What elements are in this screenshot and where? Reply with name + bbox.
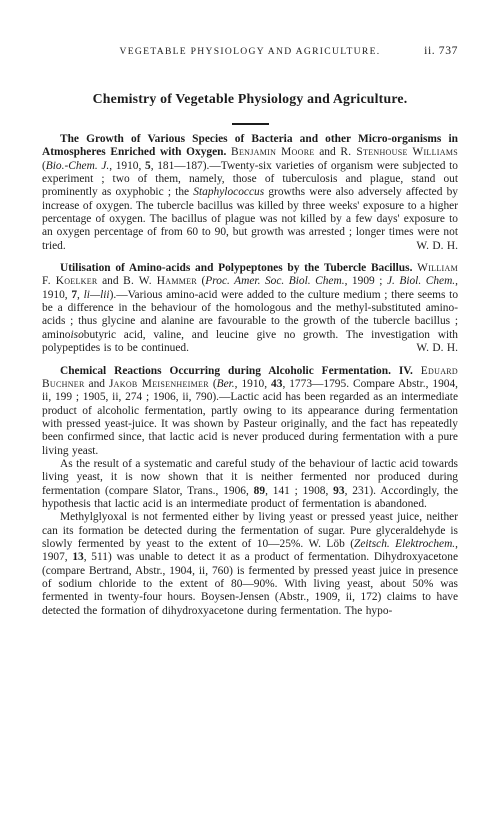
paragraph-text: Chemical Reactions Occurring during Alco… bbox=[42, 365, 458, 457]
paragraph-text: Methylglyoxal is not fermented either by… bbox=[42, 511, 458, 616]
paragraph: Chemical Reactions Occurring during Alco… bbox=[42, 365, 458, 458]
text-run: , 1909 ; bbox=[345, 275, 387, 287]
article-amino-acids-tubercle: Utilisation of Amino-acids and Polypepto… bbox=[42, 262, 458, 355]
text-run: Jakob Meisenheimer bbox=[109, 378, 209, 390]
author-initials: W. D. H. bbox=[398, 342, 458, 355]
paragraph-text: The Growth of Various Species of Bacteri… bbox=[42, 133, 458, 252]
text-run: 89 bbox=[254, 485, 265, 497]
text-run: iso bbox=[70, 329, 83, 341]
title-rule bbox=[232, 123, 269, 125]
paragraph: Utilisation of Amino-acids and Polypepto… bbox=[42, 262, 458, 355]
text-run: Benjamin Moore bbox=[231, 146, 315, 158]
paragraph: As the result of a systematic and carefu… bbox=[42, 458, 458, 511]
text-run: , 1910, bbox=[109, 160, 145, 172]
text-run: , 141 ; 1908, bbox=[265, 485, 333, 497]
text-run: li—lii bbox=[84, 289, 110, 301]
running-header: VEGETABLE PHYSIOLOGY AND AGRICULTURE. ii… bbox=[42, 46, 458, 60]
paragraph: The Growth of Various Species of Bacteri… bbox=[42, 133, 458, 253]
text-run: 13 bbox=[72, 551, 83, 563]
text-run: Zeitsch. Elektrochem. bbox=[354, 538, 455, 550]
text-run: J. Biol. Chem. bbox=[387, 275, 455, 287]
text-run: ( bbox=[209, 378, 217, 390]
document-page: VEGETABLE PHYSIOLOGY AND AGRICULTURE. ii… bbox=[0, 0, 500, 825]
paragraph-text: As the result of a systematic and carefu… bbox=[42, 458, 458, 510]
text-run: Utilisation of Amino-acids and Polypepto… bbox=[60, 262, 417, 274]
text-run: and bbox=[315, 146, 341, 158]
text-run: Proc. Amer. Soc. Biol. Chem. bbox=[205, 275, 344, 287]
text-run: butyric acid, valine, and leucine give n… bbox=[42, 329, 458, 354]
text-run: and bbox=[85, 378, 109, 390]
text-run: B. W. Hammer bbox=[123, 275, 197, 287]
article-growth-bacteria-oxygen: The Growth of Various Species of Bacteri… bbox=[42, 133, 458, 253]
page-title: Chemistry of Vegetable Physiology and Ag… bbox=[42, 91, 458, 107]
text-run: , 1910, bbox=[235, 378, 271, 390]
paragraph: Methylglyoxal is not fermented either by… bbox=[42, 511, 458, 618]
paragraph-text: Utilisation of Amino-acids and Polypepto… bbox=[42, 262, 458, 354]
running-header-title: VEGETABLE PHYSIOLOGY AND AGRICULTURE. bbox=[120, 46, 381, 57]
text-run: R. Stenhouse Williams bbox=[340, 146, 458, 158]
text-run: Ber. bbox=[217, 378, 235, 390]
text-run: Staphylococcus bbox=[193, 186, 264, 198]
text-run: 43 bbox=[271, 378, 282, 390]
text-run: 93 bbox=[333, 485, 344, 497]
article-alcoholic-fermentation: Chemical Reactions Occurring during Alco… bbox=[42, 365, 458, 619]
text-run: , 511) was unable to detect it as a prod… bbox=[42, 551, 458, 616]
text-run: and bbox=[98, 275, 124, 287]
text-run: Bio.-Chem. J. bbox=[46, 160, 109, 172]
author-initials: W. D. H. bbox=[398, 240, 458, 253]
text-run: Chemical Reactions Occurring during Alco… bbox=[60, 365, 421, 377]
page-number: ii. 737 bbox=[424, 44, 458, 57]
